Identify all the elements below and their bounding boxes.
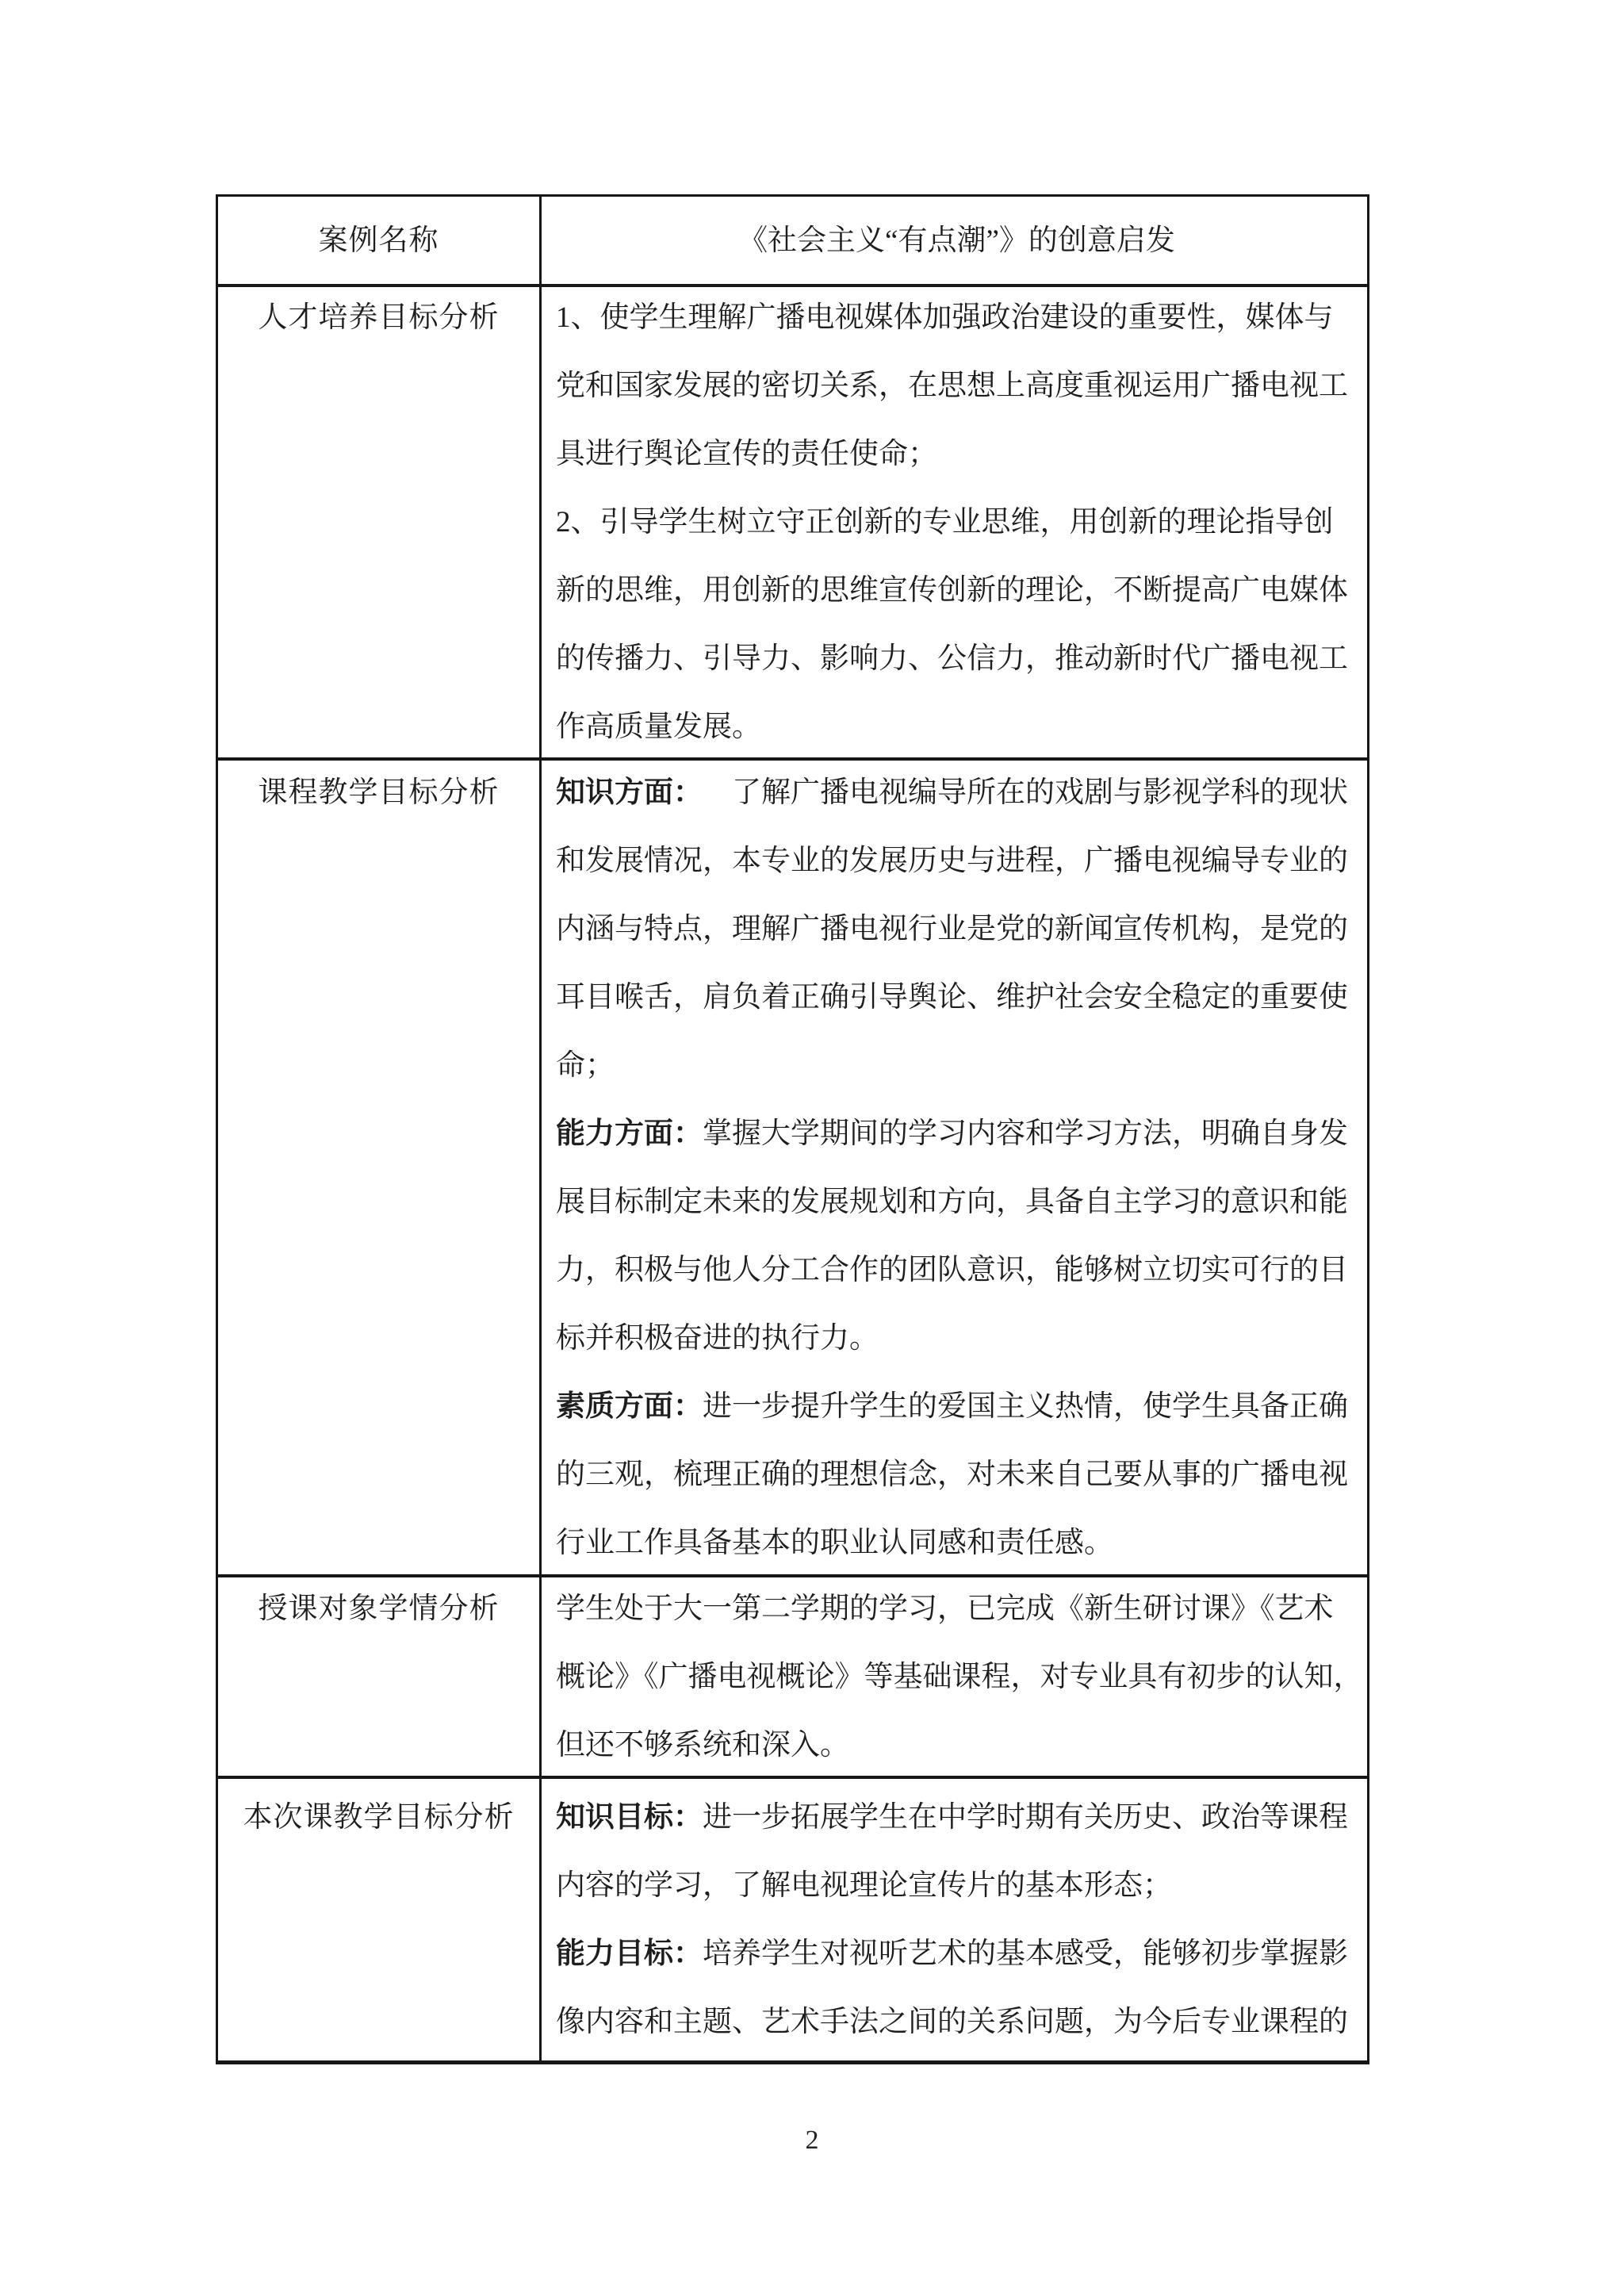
label-cell: 本次课教学目标分析 <box>218 1779 542 2060</box>
text-line: 新的思维，用创新的思维宣传创新的理论，不断提高广电媒体 <box>556 557 1358 625</box>
row-label: 本次课教学目标分析 <box>218 1784 539 1852</box>
row-label: 授课对象学情分析 <box>218 1577 539 1642</box>
line-text: 内容的学习，了解电视理论宣传片的基本形态； <box>556 1871 1172 1900</box>
text-line: 具进行舆论宣传的责任使命； <box>556 420 1358 489</box>
text-line: 力，积极与他人分工合作的团队意识，能够树立切实可行的目 <box>556 1236 1358 1304</box>
content-cell: 学生处于大一第二学期的学习，已完成《新生研讨课》《艺术概论》《广播电视概论》等基… <box>542 1577 1367 1776</box>
content-cell: 《社会主义“有点潮”》的创意启发 <box>542 197 1367 284</box>
line-text: 新的思维，用创新的思维宣传创新的理论，不断提高广电媒体 <box>556 576 1348 605</box>
phantom-line <box>218 489 539 557</box>
text-line: 内容的学习，了解电视理论宣传片的基本形态； <box>556 1852 1358 1920</box>
line-text: 了解广播电视编导所在的戏剧与影视学科的现状 <box>703 778 1348 807</box>
text-line: 素质方面：进一步提升学生的爱国主义热情，使学生具备正确 <box>556 1372 1358 1440</box>
phantom-line <box>218 1031 539 1099</box>
phantom-line <box>218 1711 539 1779</box>
text-line: 但还不够系统和深入。 <box>556 1711 1363 1779</box>
phantom-line <box>218 1508 539 1577</box>
line-text: 像内容和主题、艺术手法之间的关系问题，为今后专业课程的 <box>556 2007 1348 2037</box>
line-text: 党和国家发展的密切关系，在思想上高度重视运用广播电视工 <box>556 371 1348 401</box>
phantom-line <box>218 1440 539 1508</box>
line-text: 的三观，梳理正确的理想信念，对未来自己要从事的广播电视 <box>556 1460 1348 1489</box>
phantom-line <box>218 625 539 693</box>
table-row: 授课对象学情分析学生处于大一第二学期的学习，已完成《新生研讨课》《艺术概论》《广… <box>218 1577 1367 1779</box>
text-line: 能力方面：掌握大学期间的学习内容和学习方法，明确自身发 <box>556 1099 1358 1167</box>
text-line: 能力目标：培养学生对视听艺术的基本感受，能够初步掌握影 <box>556 1920 1358 1988</box>
line-text: 具进行舆论宣传的责任使命； <box>556 439 937 469</box>
phantom-line <box>218 963 539 1031</box>
text-line: 标并积极奋进的执行力。 <box>556 1304 1358 1372</box>
lesson-case-table: 案例名称《社会主义“有点潮”》的创意启发人才培养目标分析1、使学生理解广播电视媒… <box>216 194 1369 2064</box>
label-cell: 授课对象学情分析 <box>218 1577 542 1776</box>
line-text: 行业工作具备基本的职业认同感和责任感。 <box>556 1528 1113 1558</box>
phantom-line <box>218 1099 539 1167</box>
document-page: 案例名称《社会主义“有点潮”》的创意启发人才培养目标分析1、使学生理解广播电视媒… <box>0 0 1624 2296</box>
text-line: 知识方面： 了解广播电视编导所在的戏剧与影视学科的现状 <box>556 761 1358 826</box>
phantom-line <box>218 352 539 420</box>
line-text: 作高质量发展。 <box>556 712 761 742</box>
line-text: 命； <box>556 1051 615 1080</box>
text-line: 命； <box>556 1031 1358 1099</box>
text-line: 作高质量发展。 <box>556 693 1358 761</box>
text-line: 和发展情况，本专业的发展历史与进程，广播电视编导专业的 <box>556 826 1358 895</box>
line-text: 但还不够系统和深入。 <box>556 1731 849 1760</box>
table-row: 人才培养目标分析1、使学生理解广播电视媒体加强政治建设的重要性，媒体与党和国家发… <box>218 287 1367 761</box>
phantom-line <box>218 1304 539 1372</box>
content-cell: 1、使学生理解广播电视媒体加强政治建设的重要性，媒体与党和国家发展的密切关系，在… <box>542 287 1367 757</box>
line-text: 1、使学生理解广播电视媒体加强政治建设的重要性，媒体与 <box>556 303 1334 332</box>
text-line: 像内容和主题、艺术手法之间的关系问题，为今后专业课程的 <box>556 1988 1358 2056</box>
line-text: 学生处于大一第二学期的学习，已完成《新生研讨课》《艺术 <box>556 1594 1334 1623</box>
bold-run-heading: 知识目标： <box>556 1803 703 1832</box>
phantom-line <box>218 1167 539 1236</box>
line-text: 和发展情况，本专业的发展历史与进程，广播电视编导专业的 <box>556 846 1348 876</box>
text-line: 《社会主义“有点潮”》的创意启发 <box>556 206 1358 274</box>
table-row: 案例名称《社会主义“有点潮”》的创意启发 <box>218 197 1367 287</box>
line-text: 内涵与特点，理解广播电视行业是党的新闻宣传机构，是党的 <box>556 914 1348 944</box>
content-cell: 知识方面： 了解广播电视编导所在的戏剧与影视学科的现状和发展情况，本专业的发展历… <box>542 761 1367 1574</box>
text-line: 展目标制定未来的发展规划和方向，具备自主学习的意识和能 <box>556 1167 1358 1236</box>
row-label: 案例名称 <box>218 206 539 274</box>
label-cell: 人才培养目标分析 <box>218 287 542 757</box>
table-row: 课程教学目标分析知识方面： 了解广播电视编导所在的戏剧与影视学科的现状和发展情况… <box>218 761 1367 1577</box>
row-label: 人才培养目标分析 <box>218 287 539 352</box>
text-line: 的传播力、引导力、影响力、公信力，推动新时代广播电视工 <box>556 625 1358 693</box>
text-line: 耳目喉舌，肩负着正确引导舆论、维护社会安全稳定的重要使 <box>556 963 1358 1031</box>
phantom-line <box>218 1852 539 1920</box>
phantom-line <box>218 420 539 489</box>
phantom-line <box>218 1988 539 2056</box>
phantom-line <box>218 1920 539 1988</box>
phantom-line <box>218 1236 539 1304</box>
text-line: 内涵与特点，理解广播电视行业是党的新闻宣传机构，是党的 <box>556 895 1358 963</box>
bold-run-heading: 能力目标： <box>556 1939 703 1968</box>
line-text: 进一步提升学生的爱国主义热情，使学生具备正确 <box>703 1392 1348 1421</box>
text-line: 2、引导学生树立守正创新的专业思维，用创新的理论指导创 <box>556 489 1358 557</box>
bold-run-heading: 能力方面： <box>556 1119 703 1148</box>
phantom-line <box>218 693 539 761</box>
bold-run-heading: 素质方面： <box>556 1392 703 1421</box>
line-text: 《社会主义“有点潮”》的创意启发 <box>738 226 1175 255</box>
phantom-line <box>218 895 539 963</box>
text-line: 行业工作具备基本的职业认同感和责任感。 <box>556 1508 1358 1577</box>
line-text: 2、引导学生树立守正创新的专业思维，用创新的理论指导创 <box>556 508 1334 537</box>
text-line: 1、使学生理解广播电视媒体加强政治建设的重要性，媒体与 <box>556 287 1358 352</box>
phantom-line <box>218 557 539 625</box>
phantom-line <box>218 1642 539 1711</box>
line-text: 的传播力、引导力、影响力、公信力，推动新时代广播电视工 <box>556 644 1348 673</box>
line-text: 概论》《广播电视概论》等基础课程，对专业具有初步的认知， <box>556 1662 1363 1692</box>
text-line: 知识目标：进一步拓展学生在中学时期有关历史、政治等课程 <box>556 1784 1358 1852</box>
text-line: 党和国家发展的密切关系，在思想上高度重视运用广播电视工 <box>556 352 1358 420</box>
row-label: 课程教学目标分析 <box>218 761 539 826</box>
label-cell: 案例名称 <box>218 197 542 284</box>
text-line: 的三观，梳理正确的理想信念，对未来自己要从事的广播电视 <box>556 1440 1358 1508</box>
line-text: 力，积极与他人分工合作的团队意识，能够树立切实可行的目 <box>556 1255 1348 1285</box>
text-line: 概论》《广播电视概论》等基础课程，对专业具有初步的认知， <box>556 1642 1363 1711</box>
phantom-line <box>218 1372 539 1440</box>
line-text: 掌握大学期间的学习内容和学习方法，明确自身发 <box>703 1119 1348 1148</box>
line-text: 进一步拓展学生在中学时期有关历史、政治等课程 <box>703 1803 1348 1832</box>
line-text: 培养学生对视听艺术的基本感受，能够初步掌握影 <box>703 1939 1348 1968</box>
bold-run-heading: 知识方面： <box>556 778 703 807</box>
line-text: 耳目喉舌，肩负着正确引导舆论、维护社会安全稳定的重要使 <box>556 983 1348 1012</box>
text-line: 学生处于大一第二学期的学习，已完成《新生研讨课》《艺术 <box>556 1577 1363 1642</box>
line-text: 展目标制定未来的发展规划和方向，具备自主学习的意识和能 <box>556 1187 1348 1217</box>
page-number: 2 <box>0 2125 1624 2156</box>
content-cell: 知识目标：进一步拓展学生在中学时期有关历史、政治等课程内容的学习，了解电视理论宣… <box>542 1779 1367 2060</box>
table-row: 本次课教学目标分析知识目标：进一步拓展学生在中学时期有关历史、政治等课程内容的学… <box>218 1779 1367 2060</box>
line-text: 标并积极奋进的执行力。 <box>556 1324 879 1353</box>
phantom-line <box>218 826 539 895</box>
label-cell: 课程教学目标分析 <box>218 761 542 1574</box>
